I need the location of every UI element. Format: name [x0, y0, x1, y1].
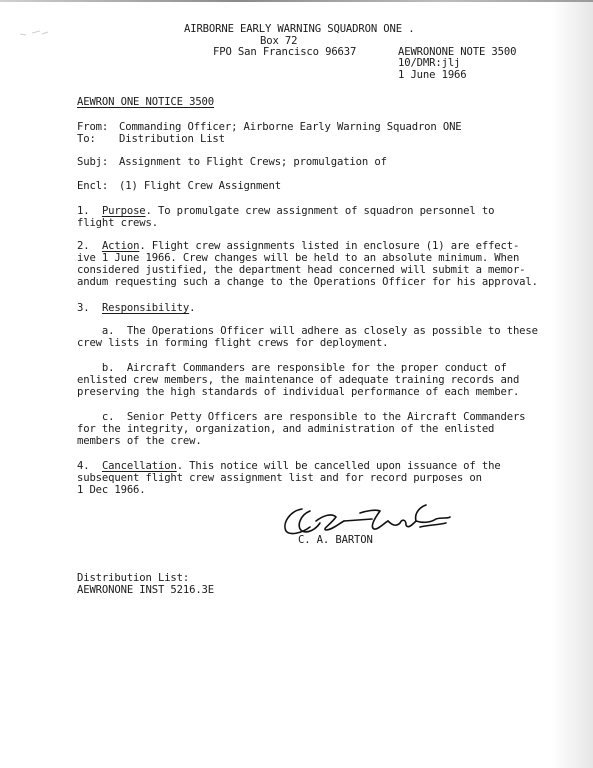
cancellation-number: 4. [77, 460, 89, 472]
action-line-4: andum requesting such a change to the Op… [77, 276, 538, 288]
responsibility-c-line-3: members of the crew. [77, 435, 202, 447]
subj-value: Assignment to Flight Crews; promulgation… [119, 156, 387, 168]
responsibility-a-line-2: crew lists in forming flight crews for d… [77, 337, 388, 349]
action-line-1: . Flight crew assignments listed in encl… [139, 240, 519, 252]
to-value: Distribution List [119, 133, 225, 145]
to-label: To: [77, 133, 96, 145]
letterhead-org: AIRBORNE EARLY WARNING SQUADRON ONE . [184, 23, 414, 35]
reference-date: 1 June 1966 [398, 69, 467, 81]
responsibility-heading-line: 3. Responsibility. [77, 302, 195, 314]
subj-label: Subj: [77, 156, 108, 168]
purpose-heading: Purpose [102, 205, 146, 217]
from-value: Commanding Officer; Airborne Early Warni… [119, 121, 462, 133]
cancellation-line-2: subsequent flight crew assignment list a… [77, 472, 482, 484]
purpose-number: 1. [77, 205, 89, 217]
cancellation-paragraph: 4. Cancellation. This notice will be can… [77, 460, 501, 472]
scan-edge [0, 0, 593, 2]
responsibility-a-line-1: a. The Operations Officer will adhere as… [77, 325, 538, 337]
action-line-2: ive 1 June 1966. Crew changes will be he… [77, 252, 519, 264]
responsibility-c-line-2: for the integrity, organization, and adm… [77, 423, 494, 435]
purpose-line-2: flight crews. [77, 217, 158, 229]
notice-title: AEWRON ONE NOTICE 3500 [77, 96, 214, 108]
responsibility-heading: Responsibility [102, 302, 189, 314]
action-line-3: considered justified, the department hea… [77, 264, 525, 276]
distribution-value: AEWRONONE INST 5216.3E [77, 584, 214, 596]
document-page: AIRBORNE EARLY WARNING SQUADRON ONE . Bo… [0, 0, 593, 768]
signatory-name: C. A. BARTON [298, 534, 373, 546]
distribution-label: Distribution List: [77, 572, 189, 584]
scan-smudge [18, 28, 58, 38]
reference-code: 10/DMR:jlj [398, 57, 460, 69]
from-label: From: [77, 121, 108, 133]
encl-label: Encl: [77, 180, 108, 192]
responsibility-b-line-3: preserving the high standards of individ… [77, 386, 519, 398]
responsibility-suffix: . [189, 302, 195, 314]
responsibility-number: 3. [77, 302, 89, 314]
action-paragraph: 2. Action. Flight crew assignments liste… [77, 240, 519, 252]
purpose-paragraph: 1. Purpose. To promulgate crew assignmen… [77, 205, 494, 217]
encl-value: (1) Flight Crew Assignment [119, 180, 281, 192]
responsibility-b-line-2: enlisted crew members, the maintenance o… [77, 374, 519, 386]
cancellation-line-3: 1 Dec 1966. [77, 484, 146, 496]
responsibility-c-line-1: c. Senior Petty Officers are responsible… [77, 411, 525, 423]
action-number: 2. [77, 240, 89, 252]
action-heading: Action [102, 240, 139, 252]
cancellation-heading: Cancellation [102, 460, 177, 472]
letterhead-address: FPO San Francisco 96637 [213, 46, 356, 58]
responsibility-b-line-1: b. Aircraft Commanders are responsible f… [77, 362, 507, 374]
cancellation-line-1: . This notice will be cancelled upon iss… [177, 460, 501, 472]
purpose-line-1: . To promulgate crew assignment of squad… [146, 205, 495, 217]
